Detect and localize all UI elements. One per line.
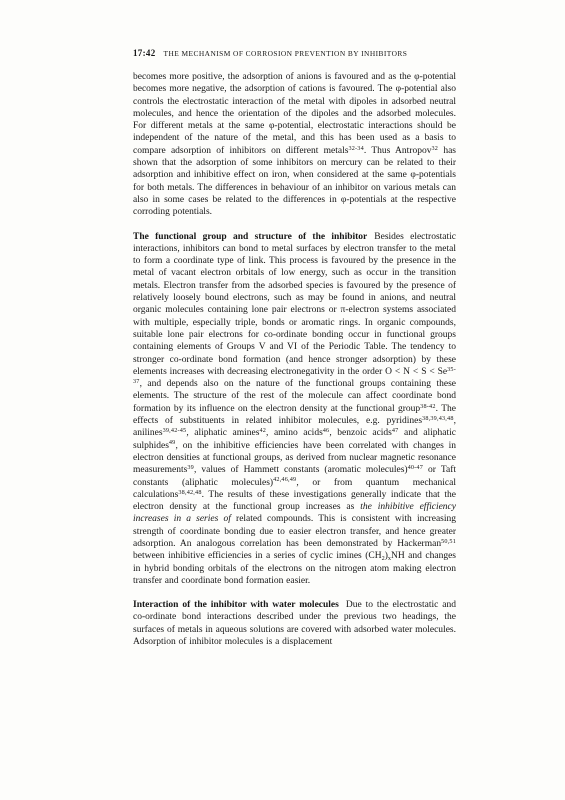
reference-superscript: 42,46,49: [273, 476, 296, 483]
reference-superscript: 38-42: [420, 403, 435, 410]
text-segment: between inhibitive efficiencies in a ser…: [133, 551, 382, 561]
reference-superscript: 49: [169, 439, 176, 446]
chemical-subscript: 2: [382, 555, 385, 562]
text-segment: , amino acids: [266, 428, 323, 438]
running-header: 17:42THE MECHANISM OF CORROSION PREVENTI…: [133, 43, 456, 61]
chapter-title: THE MECHANISM OF CORROSION PREVENTION BY…: [164, 49, 408, 58]
reference-superscript: 38,42,48: [178, 489, 201, 496]
text-segment: , aliphatic amines: [186, 428, 259, 438]
text-segment: becomes more positive, the adsorption of…: [133, 72, 456, 156]
text-segment: , and depends also on the nature of the …: [133, 379, 456, 414]
reference-superscript: 39: [187, 464, 194, 471]
text-column: 17:42THE MECHANISM OF CORROSION PREVENTI…: [133, 43, 456, 648]
text-segment: , benzoic acids: [329, 428, 392, 438]
run-in-heading: Interaction of the inhibitor with water …: [133, 600, 346, 610]
text-segment: , values of Hammett constants (aromatic …: [194, 465, 408, 475]
functional-group-paragraph: The functional group and structure of th…: [133, 231, 456, 588]
text-segment: has shown that the adsorption of some in…: [133, 146, 456, 217]
reference-superscript: 47: [392, 427, 399, 434]
text-segment: Besides electrostatic interactions, inhi…: [133, 232, 456, 377]
run-in-heading: The functional group and structure of th…: [133, 232, 374, 242]
reference-superscript: 40-47: [408, 464, 423, 471]
reference-superscript: 50,51: [441, 538, 456, 545]
text-segment: . Thus Antropov: [364, 146, 432, 156]
reference-superscript: 46: [323, 427, 330, 434]
reference-superscript: 42: [259, 427, 266, 434]
reference-superscript: 32: [431, 145, 438, 152]
continuation-paragraph: becomes more positive, the adsorption of…: [133, 71, 456, 219]
reference-superscript: 32-34: [348, 145, 363, 152]
water-interaction-paragraph: Interaction of the inhibitor with water …: [133, 599, 456, 648]
chemical-subscript: x: [388, 555, 391, 562]
reference-superscript: 39,42-45: [163, 427, 187, 434]
section-number: 17:42: [133, 48, 156, 58]
document-page: 17:42THE MECHANISM OF CORROSION PREVENTI…: [0, 0, 565, 800]
reference-superscript: 38,39,43,48: [422, 415, 454, 422]
body-text: becomes more positive, the adsorption of…: [133, 71, 456, 648]
